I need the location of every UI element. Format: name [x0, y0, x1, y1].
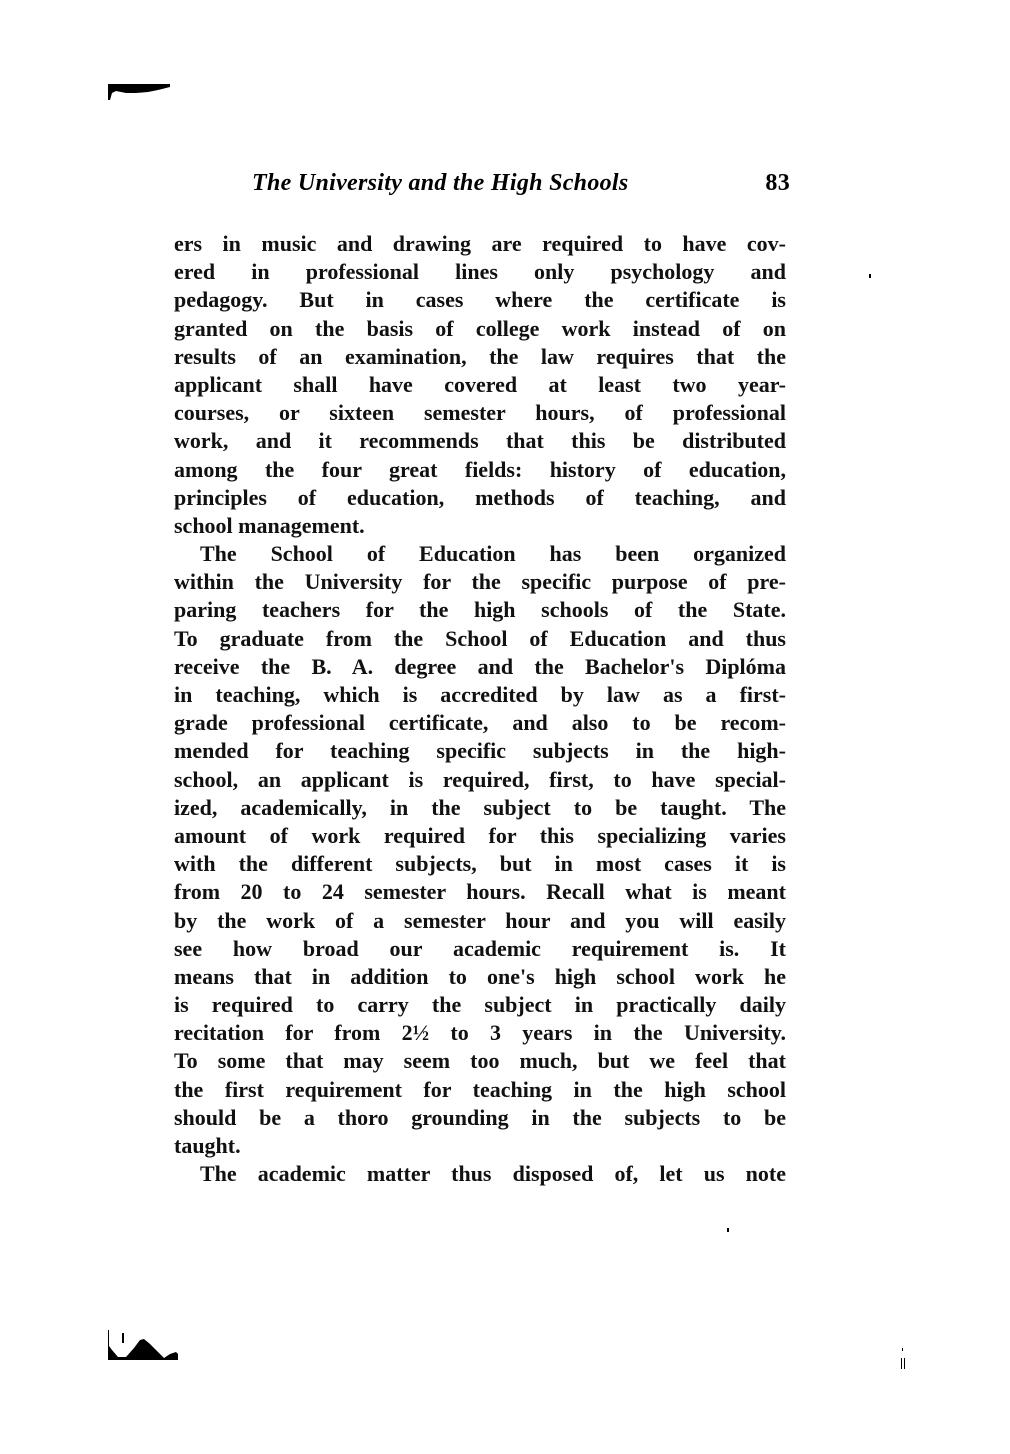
text-line: should be a thoro grounding in the subje…	[174, 1104, 786, 1132]
text-line: granted on the basis of college work ins…	[174, 315, 786, 343]
running-head: The University and the High Schools 83	[240, 170, 800, 202]
text-line: means that in addition to one's high sch…	[174, 963, 786, 991]
text-line: recitation for from 2½ to 3 years in the…	[174, 1019, 786, 1047]
body-text: ers in music and drawing are required to…	[174, 230, 786, 1188]
text-line: ered in professional lines only psycholo…	[174, 258, 786, 286]
text-line: the first requirement for teaching in th…	[174, 1076, 786, 1104]
text-line: amount of work required for this special…	[174, 822, 786, 850]
text-line: grade professional certificate, and also…	[174, 709, 786, 737]
gutter-mark	[904, 1358, 905, 1369]
book-page: The University and the High Schools 83 e…	[0, 0, 1010, 1454]
text-line: receive the B. A. degree and the Bachelo…	[174, 653, 786, 681]
text-line: school management.	[174, 512, 786, 540]
text-line: within the University for the specific p…	[174, 568, 786, 596]
scan-artifact-bottom-left	[108, 1330, 178, 1360]
text-line: pedagogy. But in cases where the certifi…	[174, 286, 786, 314]
text-line: taught.	[174, 1132, 786, 1160]
scan-artifact-top-left	[108, 84, 170, 100]
gutter-mark	[901, 1358, 902, 1369]
speck-mark	[869, 274, 871, 278]
text-line: from 20 to 24 semester hours. Recall wha…	[174, 878, 786, 906]
text-line: courses, or sixteen semester hours, of p…	[174, 399, 786, 427]
text-line: work, and it recommends that this be dis…	[174, 427, 786, 455]
text-line: among the four great fields: history of …	[174, 456, 786, 484]
text-line: is required to carry the subject in prac…	[174, 991, 786, 1019]
text-line: by the work of a semester hour and you w…	[174, 907, 786, 935]
text-line: school, an applicant is required, first,…	[174, 766, 786, 794]
text-line: ers in music and drawing are required to…	[174, 230, 786, 258]
text-line: principles of education, methods of teac…	[174, 484, 786, 512]
page-number: 83	[765, 170, 790, 197]
text-line: To graduate from the School of Education…	[174, 625, 786, 653]
text-line: paring teachers for the high schools of …	[174, 596, 786, 624]
text-line: with the different subjects, but in most…	[174, 850, 786, 878]
speck-mark	[902, 1348, 903, 1351]
text-line: in teaching, which is accredited by law …	[174, 681, 786, 709]
text-line: The academic matter thus disposed of, le…	[174, 1160, 786, 1188]
text-line: The School of Education has been organiz…	[174, 540, 786, 568]
running-head-title: The University and the High Schools	[252, 170, 629, 197]
text-line: mended for teaching specific subjects in…	[174, 737, 786, 765]
speck-mark	[727, 1228, 729, 1232]
text-line: results of an examination, the law requi…	[174, 343, 786, 371]
text-line: ized, academically, in the subject to be…	[174, 794, 786, 822]
text-line: applicant shall have covered at least tw…	[174, 371, 786, 399]
text-line: see how broad our academic requirement i…	[174, 935, 786, 963]
text-line: To some that may seem too much, but we f…	[174, 1047, 786, 1075]
